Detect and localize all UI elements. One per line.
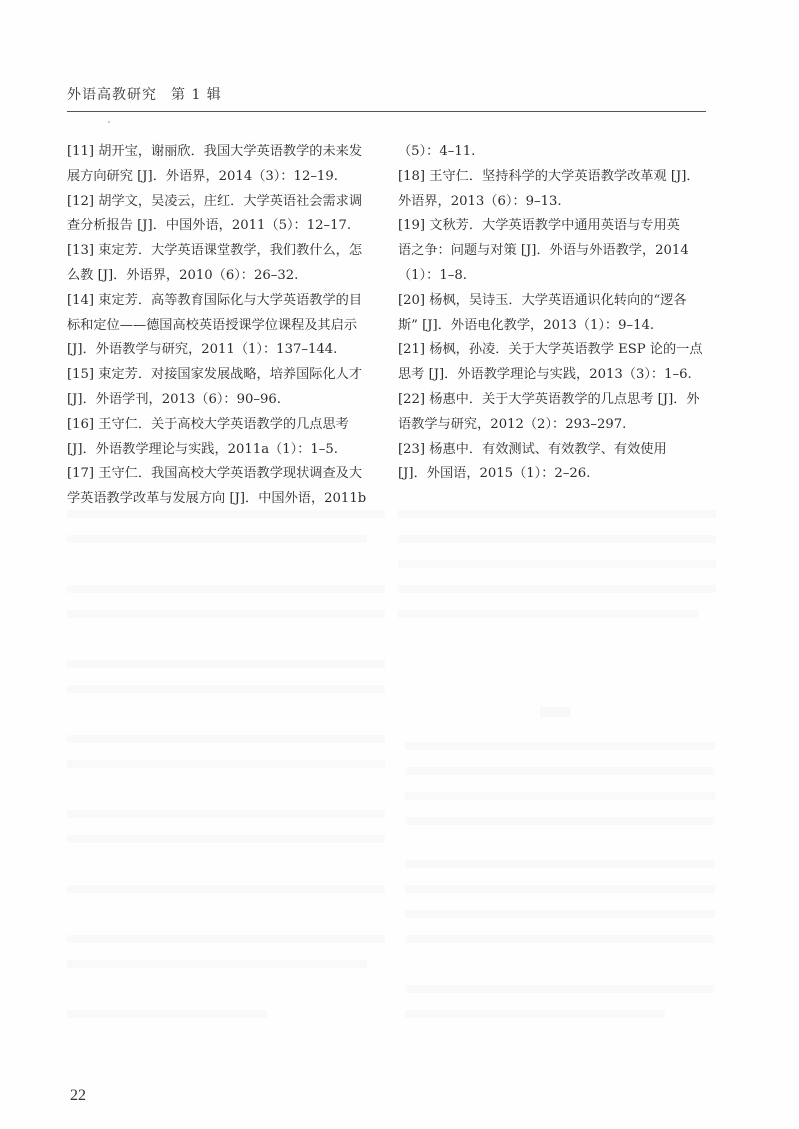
reference-entry: [13] 束定芳．大学英语课堂教学，我们教什么，怎 么教 [J]．外语界，201… bbox=[67, 239, 385, 289]
reference-line: [21] 杨枫，孙凌．关于大学英语教学 ESP 论的一点 bbox=[398, 338, 716, 363]
reference-line: [J]．外语教学与研究，2011（1）：137–144. bbox=[67, 338, 385, 363]
reference-line: 语之争：问题与对策 [J]．外语与外语教学，2014 bbox=[398, 239, 716, 264]
reference-entry: [20] 杨枫，吴诗玉．大学英语通识化转向的“逻各 斯” [J]．外语电化教学，… bbox=[398, 289, 716, 339]
reference-line: [15] 束定芳．对接国家发展战略，培养国际化人才 bbox=[67, 363, 385, 388]
reference-entry: [11] 胡开宝，谢丽欣．我国大学英语教学的未来发 展方向研究 [J]．外语界，… bbox=[67, 140, 385, 190]
references-left-column: [11] 胡开宝，谢丽欣．我国大学英语教学的未来发 展方向研究 [J]．外语界，… bbox=[67, 140, 385, 512]
journal-title: 外语高教研究 bbox=[67, 87, 157, 103]
reference-entry: [15] 束定芳．对接国家发展战略，培养国际化人才 [J]．外语学刊，2013（… bbox=[67, 363, 385, 413]
reference-line: [J]．外国语，2015（1）：2–26. bbox=[398, 462, 716, 487]
running-header: 外语高教研究第 1 辑 bbox=[67, 84, 222, 104]
reference-line: 语教学与研究，2012（2）：293–297. bbox=[398, 413, 716, 438]
issue-number: 第 1 辑 bbox=[171, 87, 222, 103]
reference-line: [22] 杨惠中．关于大学英语教学的几点思考 [J]．外 bbox=[398, 388, 716, 413]
reference-line: 展方向研究 [J]．外语界，2014（3）：12–19. bbox=[67, 165, 385, 190]
reference-entry: [18] 王守仁．坚持科学的大学英语教学改革观 [J]． 外语界，2013（6）… bbox=[398, 165, 716, 215]
reference-entry: [19] 文秋芳．大学英语教学中通用英语与专用英 语之争：问题与对策 [J]．外… bbox=[398, 214, 716, 288]
reference-entry: [17] 王守仁．我国高校大学英语教学现状调查及大 学英语教学改革与发展方向 [… bbox=[67, 462, 385, 512]
reference-line: [11] 胡开宝，谢丽欣．我国大学英语教学的未来发 bbox=[67, 140, 385, 165]
reference-line: 思考 [J]．外语教学理论与实践，2013（3）：1–6. bbox=[398, 363, 716, 388]
reference-line: （5）：4–11. bbox=[398, 140, 716, 165]
reference-line: [J]．外语教学理论与实践，2011a（1）：1–5. bbox=[67, 438, 385, 463]
reference-entry: [14] 束定芳．高等教育国际化与大学英语教学的目 标和定位——德国高校英语授课… bbox=[67, 289, 385, 363]
reference-line: 标和定位——德国高校英语授课学位课程及其启示 bbox=[67, 314, 385, 339]
reference-entry: [21] 杨枫，孙凌．关于大学英语教学 ESP 论的一点 思考 [J]．外语教学… bbox=[398, 338, 716, 388]
reference-line: 斯” [J]．外语电化教学，2013（1）：9–14. bbox=[398, 314, 716, 339]
reference-entry: [22] 杨惠中．关于大学英语教学的几点思考 [J]．外 语教学与研究，2012… bbox=[398, 388, 716, 438]
reference-line: 外语界，2013（6）：9–13. bbox=[398, 190, 716, 215]
reference-entry: [12] 胡学文，吴凌云，庄红．大学英语社会需求调 查分析报告 [J]．中国外语… bbox=[67, 190, 385, 240]
reference-line: 查分析报告 [J]．中国外语，2011（5）：12–17. bbox=[67, 214, 385, 239]
reference-line: [19] 文秋芳．大学英语教学中通用英语与专用英 bbox=[398, 214, 716, 239]
reference-line: 学英语教学改革与发展方向 [J]．中国外语，2011b bbox=[67, 487, 385, 512]
reference-line: [23] 杨惠中．有效测试、有效教学、有效使用 bbox=[398, 438, 716, 463]
reference-entry-continued: （5）：4–11. bbox=[398, 140, 716, 165]
reference-line: [16] 王守仁．关于高校大学英语教学的几点思考 bbox=[67, 413, 385, 438]
reference-line: 么教 [J]．外语界，2010（6）：26–32. bbox=[67, 264, 385, 289]
page-number: 22 bbox=[70, 1087, 86, 1105]
reference-line: [12] 胡学文，吴凌云，庄红．大学英语社会需求调 bbox=[67, 190, 385, 215]
reference-line: [J]．外语学刊，2013（6）：90–96. bbox=[67, 388, 385, 413]
references-right-column: （5）：4–11. [18] 王守仁．坚持科学的大学英语教学改革观 [J]． 外… bbox=[398, 140, 716, 487]
reference-line: （1）：1–8. bbox=[398, 264, 716, 289]
document-page: 外语高教研究第 1 辑 bbox=[0, 0, 799, 1129]
reference-line: [13] 束定芳．大学英语课堂教学，我们教什么，怎 bbox=[67, 239, 385, 264]
scan-speck bbox=[108, 121, 110, 123]
header-rule bbox=[67, 111, 706, 112]
reference-line: [17] 王守仁．我国高校大学英语教学现状调查及大 bbox=[67, 462, 385, 487]
reference-line: [18] 王守仁．坚持科学的大学英语教学改革观 [J]． bbox=[398, 165, 716, 190]
reference-entry: [23] 杨惠中．有效测试、有效教学、有效使用 [J]．外国语，2015（1）：… bbox=[398, 438, 716, 488]
reference-entry: [16] 王守仁．关于高校大学英语教学的几点思考 [J]．外语教学理论与实践，2… bbox=[67, 413, 385, 463]
reference-line: [14] 束定芳．高等教育国际化与大学英语教学的目 bbox=[67, 289, 385, 314]
reference-line: [20] 杨枫，吴诗玉．大学英语通识化转向的“逻各 bbox=[398, 289, 716, 314]
